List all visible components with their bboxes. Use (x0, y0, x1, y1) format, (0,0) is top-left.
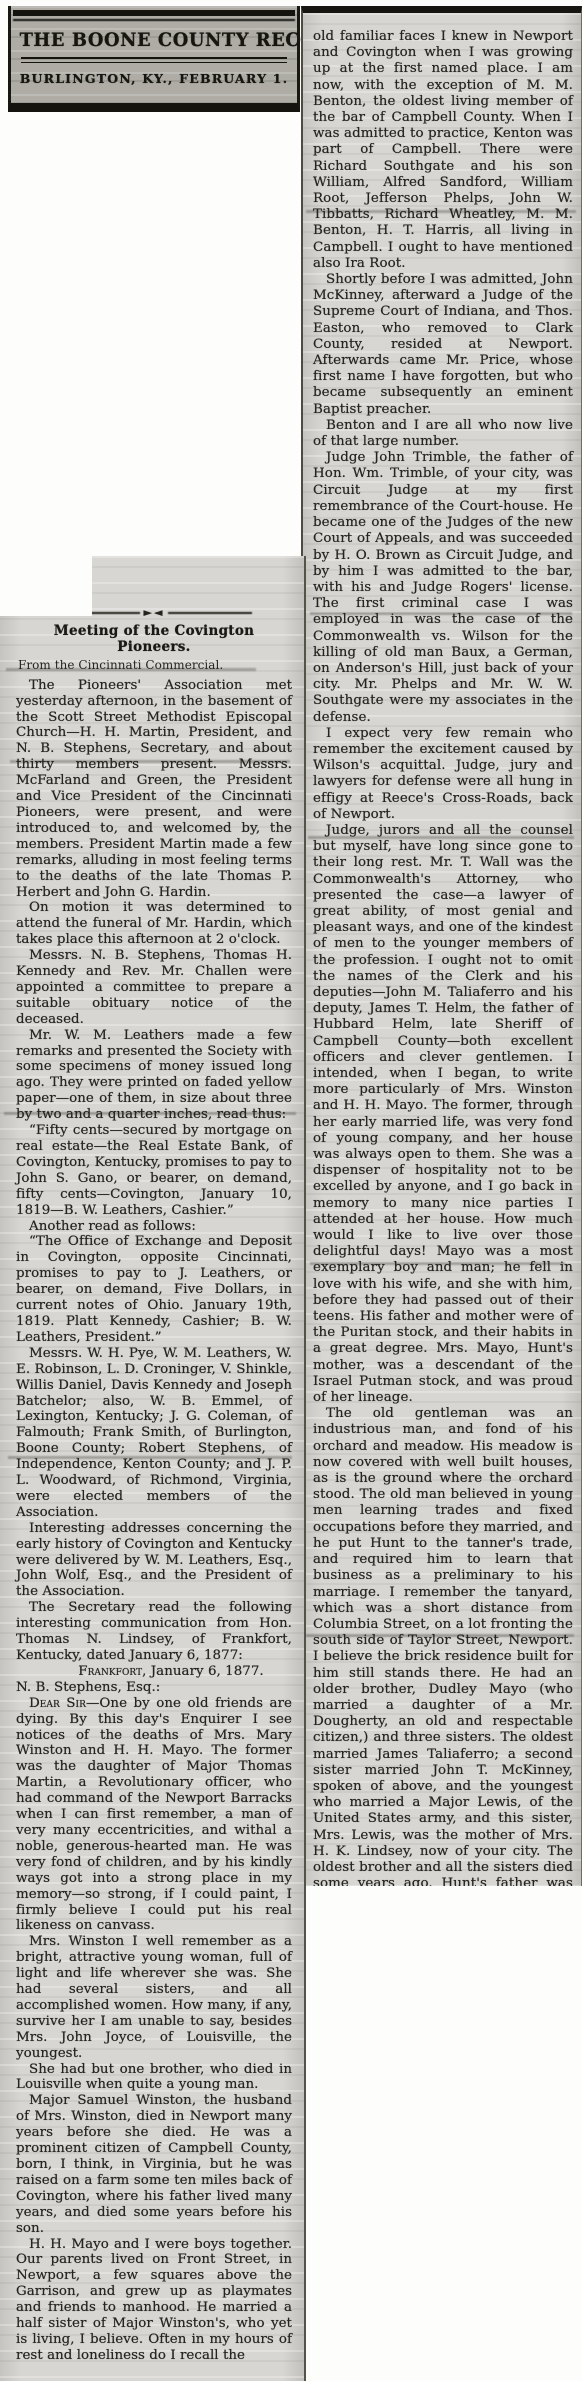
article-heading: Meeting of the Covington Pioneers. (16, 624, 292, 656)
masthead-dateline: BURLINGTON, KY., FEBRUARY 1. (11, 71, 297, 86)
paragraph: “Fifty cents—secured by mortgage on real… (16, 1123, 292, 1218)
paragraph: Messrs. N. B. Stephens, Thomas H. Kenned… (16, 948, 292, 1028)
salutation: Dear Sir (29, 1696, 86, 1711)
paragraph: The Secretary read the following interes… (16, 1600, 292, 1664)
paragraph: Shortly before I was admitted, John McKi… (313, 272, 573, 418)
paragraph: The Pioneers' Association met yesterday … (16, 678, 292, 901)
paragraph: Dear Sir—One by one old friends are dyin… (16, 1696, 292, 1935)
paragraph: Benton and I are all who now live of tha… (313, 418, 573, 450)
letter-dateline: Frankfort, January 6, 1877. (16, 1664, 292, 1680)
letter-continuation-column: old familiar faces I knew in Newport and… (301, 6, 582, 1886)
paragraph: The old gentleman was an industrious man… (313, 1406, 573, 1886)
paragraph: Another read as follows: (16, 1219, 292, 1235)
pioneers-article-column: ►◄ Meeting of the Covington Pioneers. Fr… (0, 556, 306, 2381)
masthead: THE BOONE COUNTY RECORDER. BURLINGTON, K… (8, 6, 300, 112)
divider-line (168, 612, 252, 614)
letter-dateline-place: Frankfort, (78, 1664, 146, 1679)
article-source-line: From the Cincinnati Commercial. (18, 658, 292, 674)
masthead-divider-rule (21, 57, 287, 63)
newspaper-title: THE BOONE COUNTY RECORDER. (20, 29, 289, 51)
paragraph: Judge John Trimble, the father of Hon. W… (313, 450, 573, 725)
paragraph: She had but one brother, who died in Lou… (16, 2062, 292, 2094)
masthead-top-rule (13, 10, 295, 16)
newspaper-scan-page: { "colors": { "page_background": "#fdfdf… (0, 0, 582, 2381)
paragraph: H. H. Mayo and I were boys together. Our… (16, 2237, 292, 2364)
masthead-top-rule-thin (13, 19, 295, 21)
paragraph: Major Samuel Winston, the husband of Mrs… (16, 2093, 292, 2236)
letter-dateline-date: January 6, 1877. (146, 1664, 263, 1679)
paragraph: Judge, jurors and all the counsel but my… (313, 823, 573, 1406)
letter-addressee: N. B. Stephens, Esq.: (16, 1680, 292, 1696)
paragraph: On motion it was determined to attend th… (16, 900, 292, 948)
scan-cutout (0, 556, 92, 616)
paragraph-text: —One by one old friends are dying. By th… (16, 1696, 292, 1934)
paragraph: I expect very few remain who remember th… (313, 726, 573, 823)
paragraph: “The Office of Exchange and Deposit in C… (16, 1234, 292, 1345)
paragraph: Mr. W. M. Leathers made a few remarks an… (16, 1028, 292, 1123)
paragraph: old familiar faces I knew in Newport and… (313, 29, 573, 272)
paragraph: Messrs. W. H. Pye, W. M. Leathers, W. E.… (16, 1346, 292, 1521)
paragraph: Mrs. Winston I well remember as a bright… (16, 1934, 292, 2061)
paragraph: Interesting addresses concerning the ear… (16, 1521, 292, 1601)
divider-arrows-icon: ►◄ (140, 608, 169, 618)
